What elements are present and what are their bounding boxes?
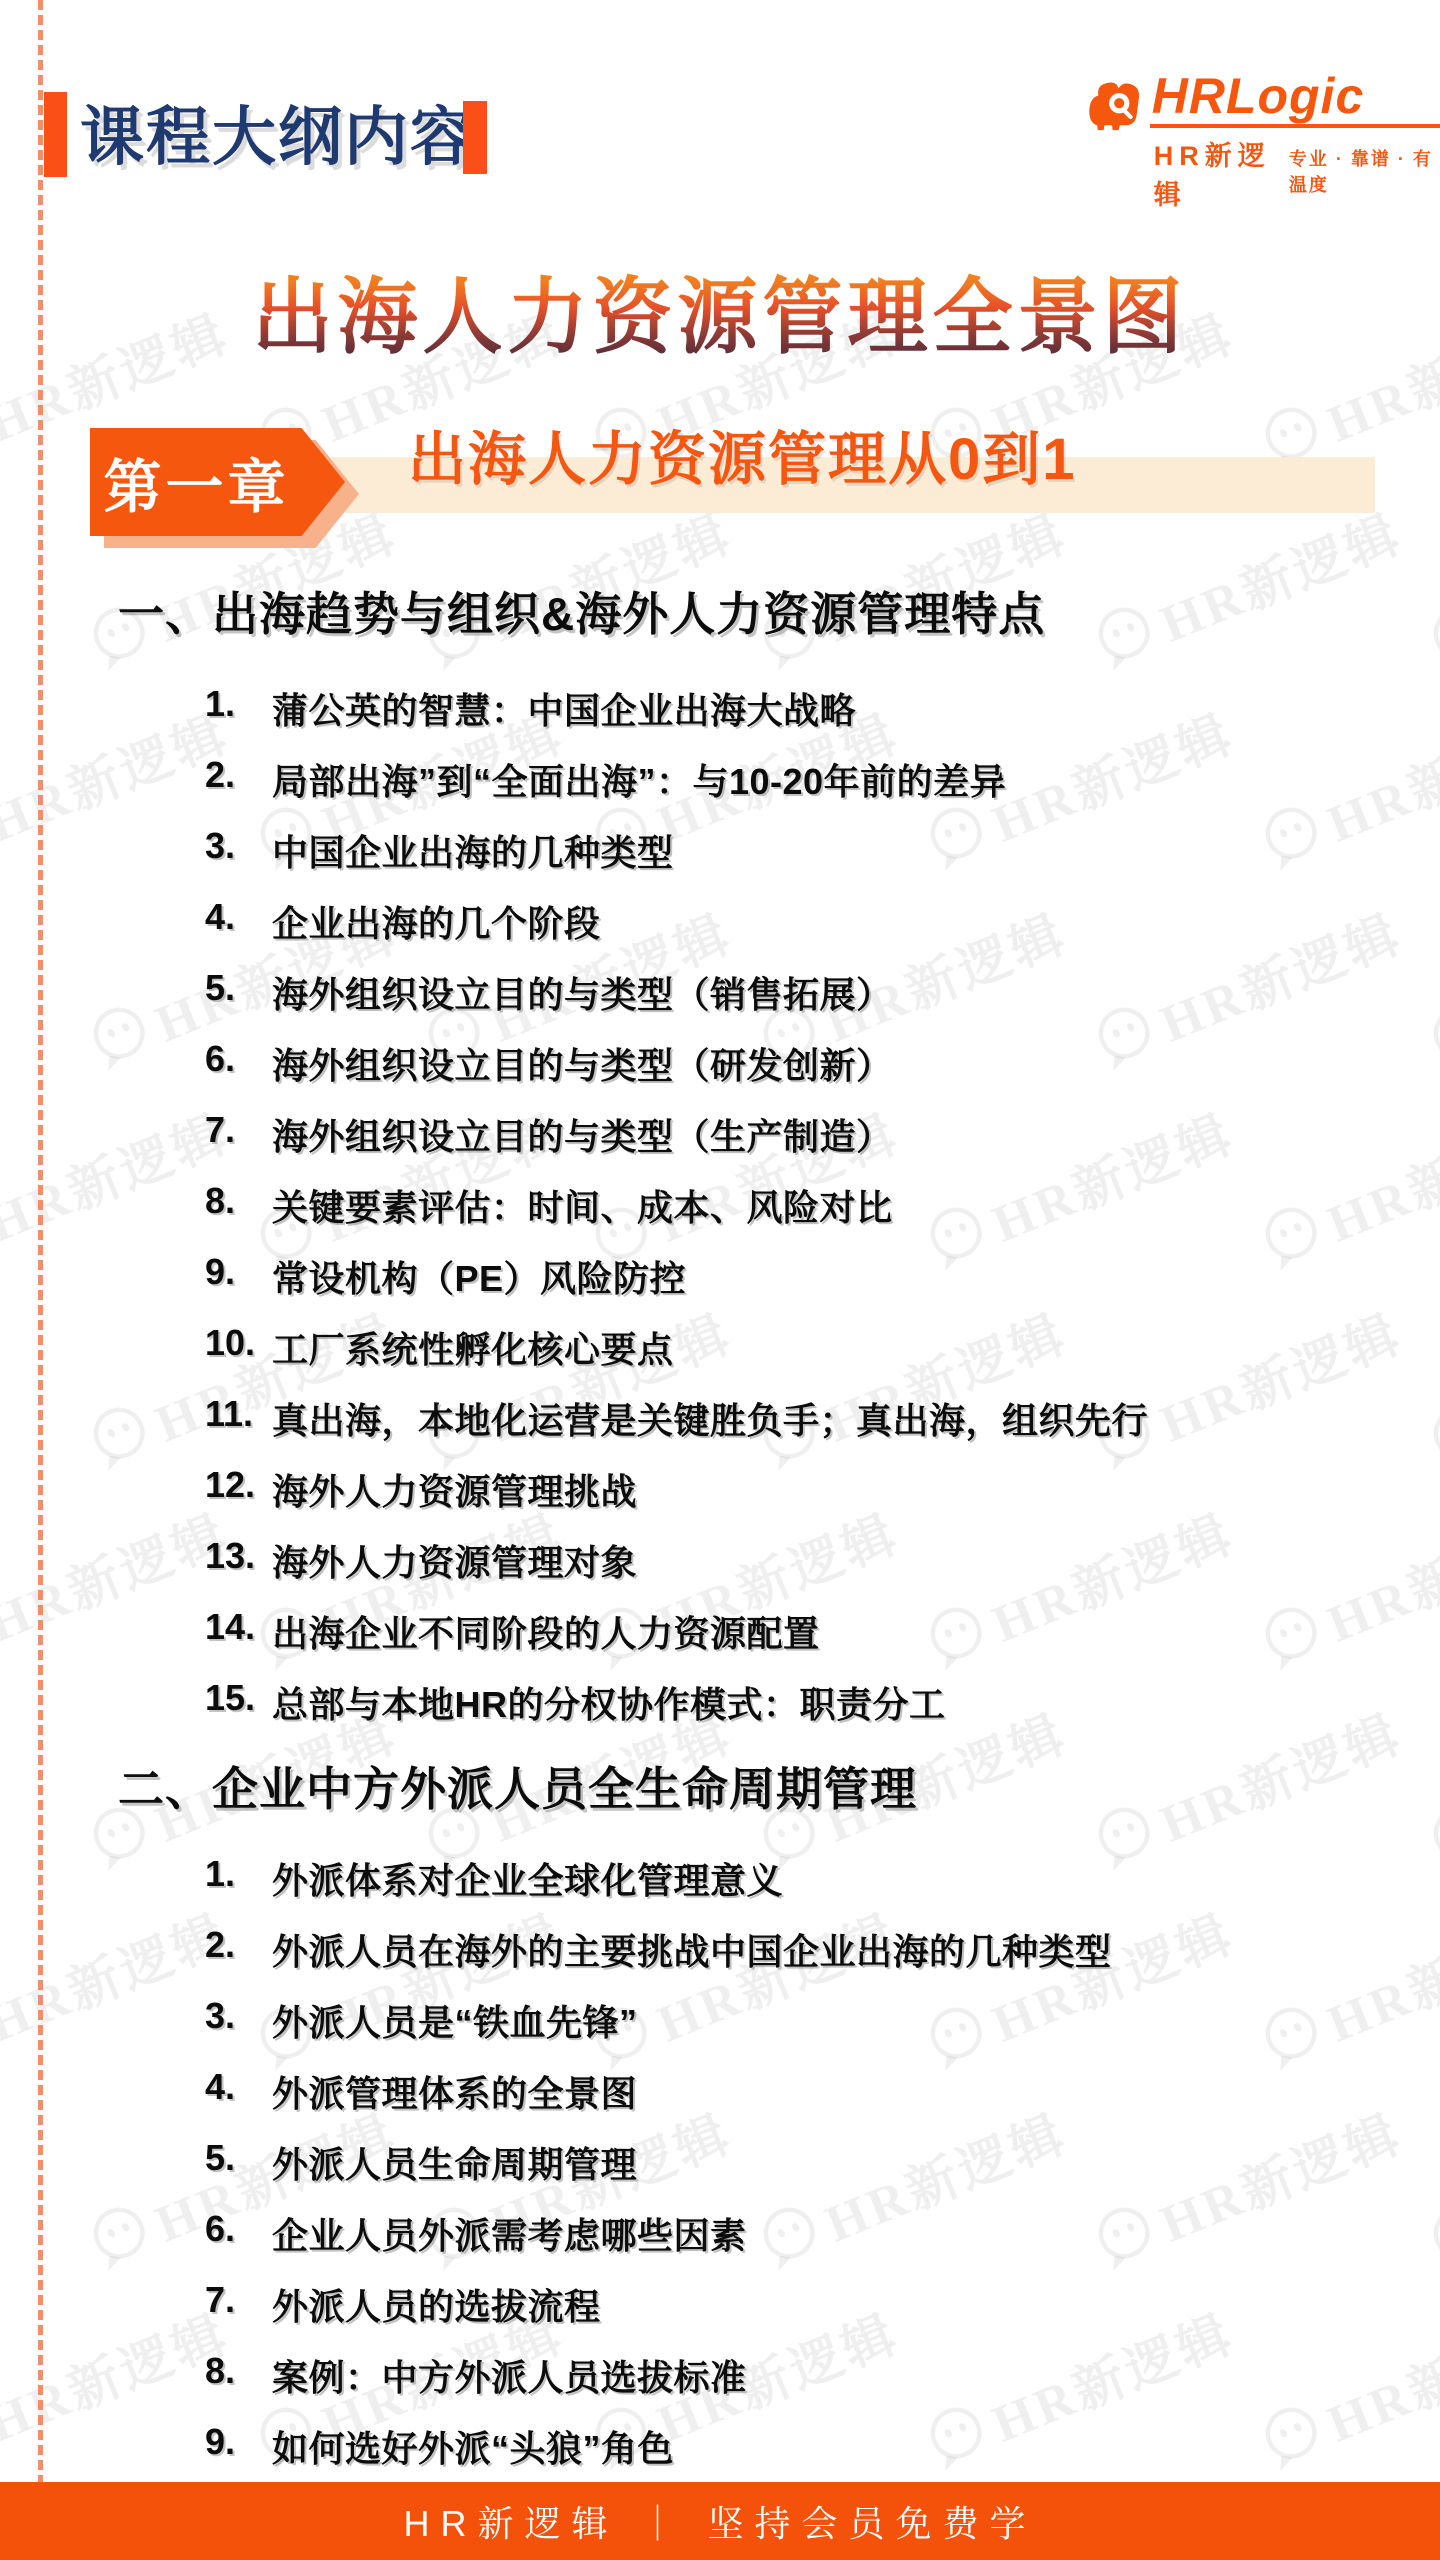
outline-item-text: 工厂系统性孵化核心要点 [272, 1322, 674, 1373]
outline-item-text: 企业人员外派需考虑哪些因素 [272, 2208, 747, 2259]
outline-item: 14.出海企业不同阶段的人力资源配置 [0, 1606, 1440, 1677]
outline-item: 5.外派人员生命周期管理 [0, 2137, 1440, 2208]
outline-item-number: 9. [205, 2421, 272, 2463]
outline-item: 7.外派人员的选拔流程 [0, 2279, 1440, 2350]
outline-item: 5.海外组织设立目的与类型（销售拓展） [0, 967, 1440, 1038]
section-heading: 一、出海趋势与组织&海外人力资源管理特点 [118, 588, 1440, 640]
outline-item-number: 12. [205, 1464, 272, 1506]
outline-item: 3.外派人员是“铁血先锋” [0, 1995, 1440, 2066]
brand-subbrand: HR新逻辑 [1154, 134, 1277, 212]
outline-item-number: 5. [205, 967, 272, 1009]
outline-item-number: 1. [205, 683, 272, 725]
outline-item-number: 2. [205, 754, 272, 796]
outline-item-number: 3. [205, 825, 272, 867]
outline-item-number: 4. [205, 896, 272, 938]
outline-item-text: 外派体系对企业全球化管理意义 [272, 1853, 783, 1904]
page-title: 课程大纲内容 [80, 86, 476, 178]
section-2: 二、企业中方外派人员全生命周期管理1.外派体系对企业全球化管理意义2.外派人员在… [0, 1763, 1440, 2492]
chapter-badge-label: 第一章 [103, 440, 289, 524]
outline-item-text: 外派人员的选拔流程 [272, 2279, 601, 2330]
brand-wordmark: HRLogic [1150, 70, 1440, 128]
chapter-banner: 第一章 出海人力资源管理从0到1 [0, 428, 1440, 540]
outline-item: 13.海外人力资源管理对象 [0, 1535, 1440, 1606]
outline-item-text: 海外组织设立目的与类型（生产制造） [272, 1109, 893, 1160]
outline-item-number: 13. [205, 1535, 272, 1577]
outline-item-number: 15. [205, 1677, 272, 1719]
brand-logo: HRLogic HR新逻辑 专业 · 靠谱 · 有温度 [1084, 70, 1440, 212]
outline-item-number: 3. [205, 1995, 272, 2037]
outline-item-number: 14. [205, 1606, 272, 1648]
hrlogic-mark-icon [1084, 70, 1144, 140]
outline-item-number: 9. [205, 1251, 272, 1293]
outline-item-number: 5. [205, 2137, 272, 2179]
outline-item: 15.总部与本地HR的分权协作模式：职责分工 [0, 1677, 1440, 1748]
outline-item-number: 4. [205, 2066, 272, 2108]
outline-item: 1.蒲公英的智慧：中国企业出海大战略 [0, 683, 1440, 754]
outline-item: 6.企业人员外派需考虑哪些因素 [0, 2208, 1440, 2279]
outline-item-text: 外派人员是“铁血先锋” [272, 1995, 638, 2046]
outline-item-text: 外派人员生命周期管理 [272, 2137, 637, 2188]
outline-item-number: 1. [205, 1853, 272, 1895]
outline-item: 2.外派人员在海外的主要挑战中国企业出海的几种类型 [0, 1924, 1440, 1995]
outline-item: 9.常设机构（PE）风险防控 [0, 1251, 1440, 1322]
outline-item: 4.外派管理体系的全景图 [0, 2066, 1440, 2137]
outline-item-number: 6. [205, 1038, 272, 1080]
outline-item-text: 局部出海”到“全面出海”：与10-20年前的差异 [272, 754, 1006, 805]
outline-item-number: 10. [205, 1322, 272, 1364]
outline-item-number: 7. [205, 1109, 272, 1151]
outline-item-number: 8. [205, 1180, 272, 1222]
outline-item: 1.外派体系对企业全球化管理意义 [0, 1853, 1440, 1924]
outline-item-text: 企业出海的几个阶段 [272, 896, 601, 947]
section-item-list: 1.蒲公英的智慧：中国企业出海大战略2.局部出海”到“全面出海”：与10-20年… [0, 683, 1440, 1748]
outline-item: 12.海外人力资源管理挑战 [0, 1464, 1440, 1535]
outline-item-text: 外派人员在海外的主要挑战中国企业出海的几种类型 [272, 1924, 1112, 1975]
outline-item: 11.真出海，本地化运营是关键胜负手；真出海，组织先行 [0, 1393, 1440, 1464]
outline-item-text: 真出海，本地化运营是关键胜负手；真出海，组织先行 [272, 1393, 1148, 1444]
outline-item-text: 海外人力资源管理对象 [272, 1535, 637, 1586]
outline-item-number: 11. [205, 1393, 272, 1435]
footer-slogan: HR新逻辑 ｜ 坚持会员免费学 [403, 2496, 1036, 2547]
outline-item-text: 外派管理体系的全景图 [272, 2066, 637, 2117]
outline-item: 6.海外组织设立目的与类型（研发创新） [0, 1038, 1440, 1109]
outline-item-number: 2. [205, 1924, 272, 1966]
outline-sections: 一、出海趋势与组织&海外人力资源管理特点1.蒲公英的智慧：中国企业出海大战略2.… [0, 588, 1440, 2492]
outline-item-number: 8. [205, 2350, 272, 2392]
outline-item: 3.中国企业出海的几种类型 [0, 825, 1440, 896]
footer-bar: HR新逻辑 ｜ 坚持会员免费学 [0, 2482, 1440, 2560]
outline-item: 7.海外组织设立目的与类型（生产制造） [0, 1109, 1440, 1180]
course-main-title: 出海人力资源管理全景图 [0, 250, 1440, 370]
outline-item-text: 蒲公英的智慧：中国企业出海大战略 [272, 683, 856, 734]
course-outline-page: HR新逻辑HR新逻辑HR新逻辑HR新逻辑HR新逻辑HR新逻辑HR新逻辑HR新逻辑… [0, 0, 1440, 2560]
section-heading: 二、企业中方外派人员全生命周期管理 [118, 1763, 1440, 1815]
outline-item-text: 海外组织设立目的与类型（研发创新） [272, 1038, 893, 1089]
outline-item-text: 中国企业出海的几种类型 [272, 825, 674, 876]
outline-item: 4.企业出海的几个阶段 [0, 896, 1440, 967]
outline-item-text: 如何选好外派“头狼”角色 [272, 2421, 674, 2472]
header-accent-bar-right [463, 101, 487, 174]
outline-item: 8.案例：中方外派人员选拔标准 [0, 2350, 1440, 2421]
outline-item-text: 案例：中方外派人员选拔标准 [272, 2350, 747, 2401]
outline-item: 2.局部出海”到“全面出海”：与10-20年前的差异 [0, 754, 1440, 825]
outline-item-text: 海外人力资源管理挑战 [272, 1464, 637, 1515]
outline-item-text: 海外组织设立目的与类型（销售拓展） [272, 967, 893, 1018]
section-1: 一、出海趋势与组织&海外人力资源管理特点1.蒲公英的智慧：中国企业出海大战略2.… [0, 588, 1440, 1748]
outline-item-number: 7. [205, 2279, 272, 2321]
brand-tagline: 专业 · 靠谱 · 有温度 [1289, 145, 1440, 197]
outline-item-text: 总部与本地HR的分权协作模式：职责分工 [272, 1677, 946, 1728]
outline-item-text: 关键要素评估：时间、成本、风险对比 [272, 1180, 893, 1231]
section-item-list: 1.外派体系对企业全球化管理意义2.外派人员在海外的主要挑战中国企业出海的几种类… [0, 1853, 1440, 2492]
chapter-title: 出海人力资源管理从0到1 [408, 428, 1077, 492]
outline-item-text: 常设机构（PE）风险防控 [272, 1251, 686, 1302]
chapter-badge: 第一章 [90, 428, 345, 536]
outline-item: 10.工厂系统性孵化核心要点 [0, 1322, 1440, 1393]
outline-item: 8.关键要素评估：时间、成本、风险对比 [0, 1180, 1440, 1251]
outline-item-number: 6. [205, 2208, 272, 2250]
outline-item-text: 出海企业不同阶段的人力资源配置 [272, 1606, 820, 1657]
header-accent-bar-left [44, 92, 67, 177]
